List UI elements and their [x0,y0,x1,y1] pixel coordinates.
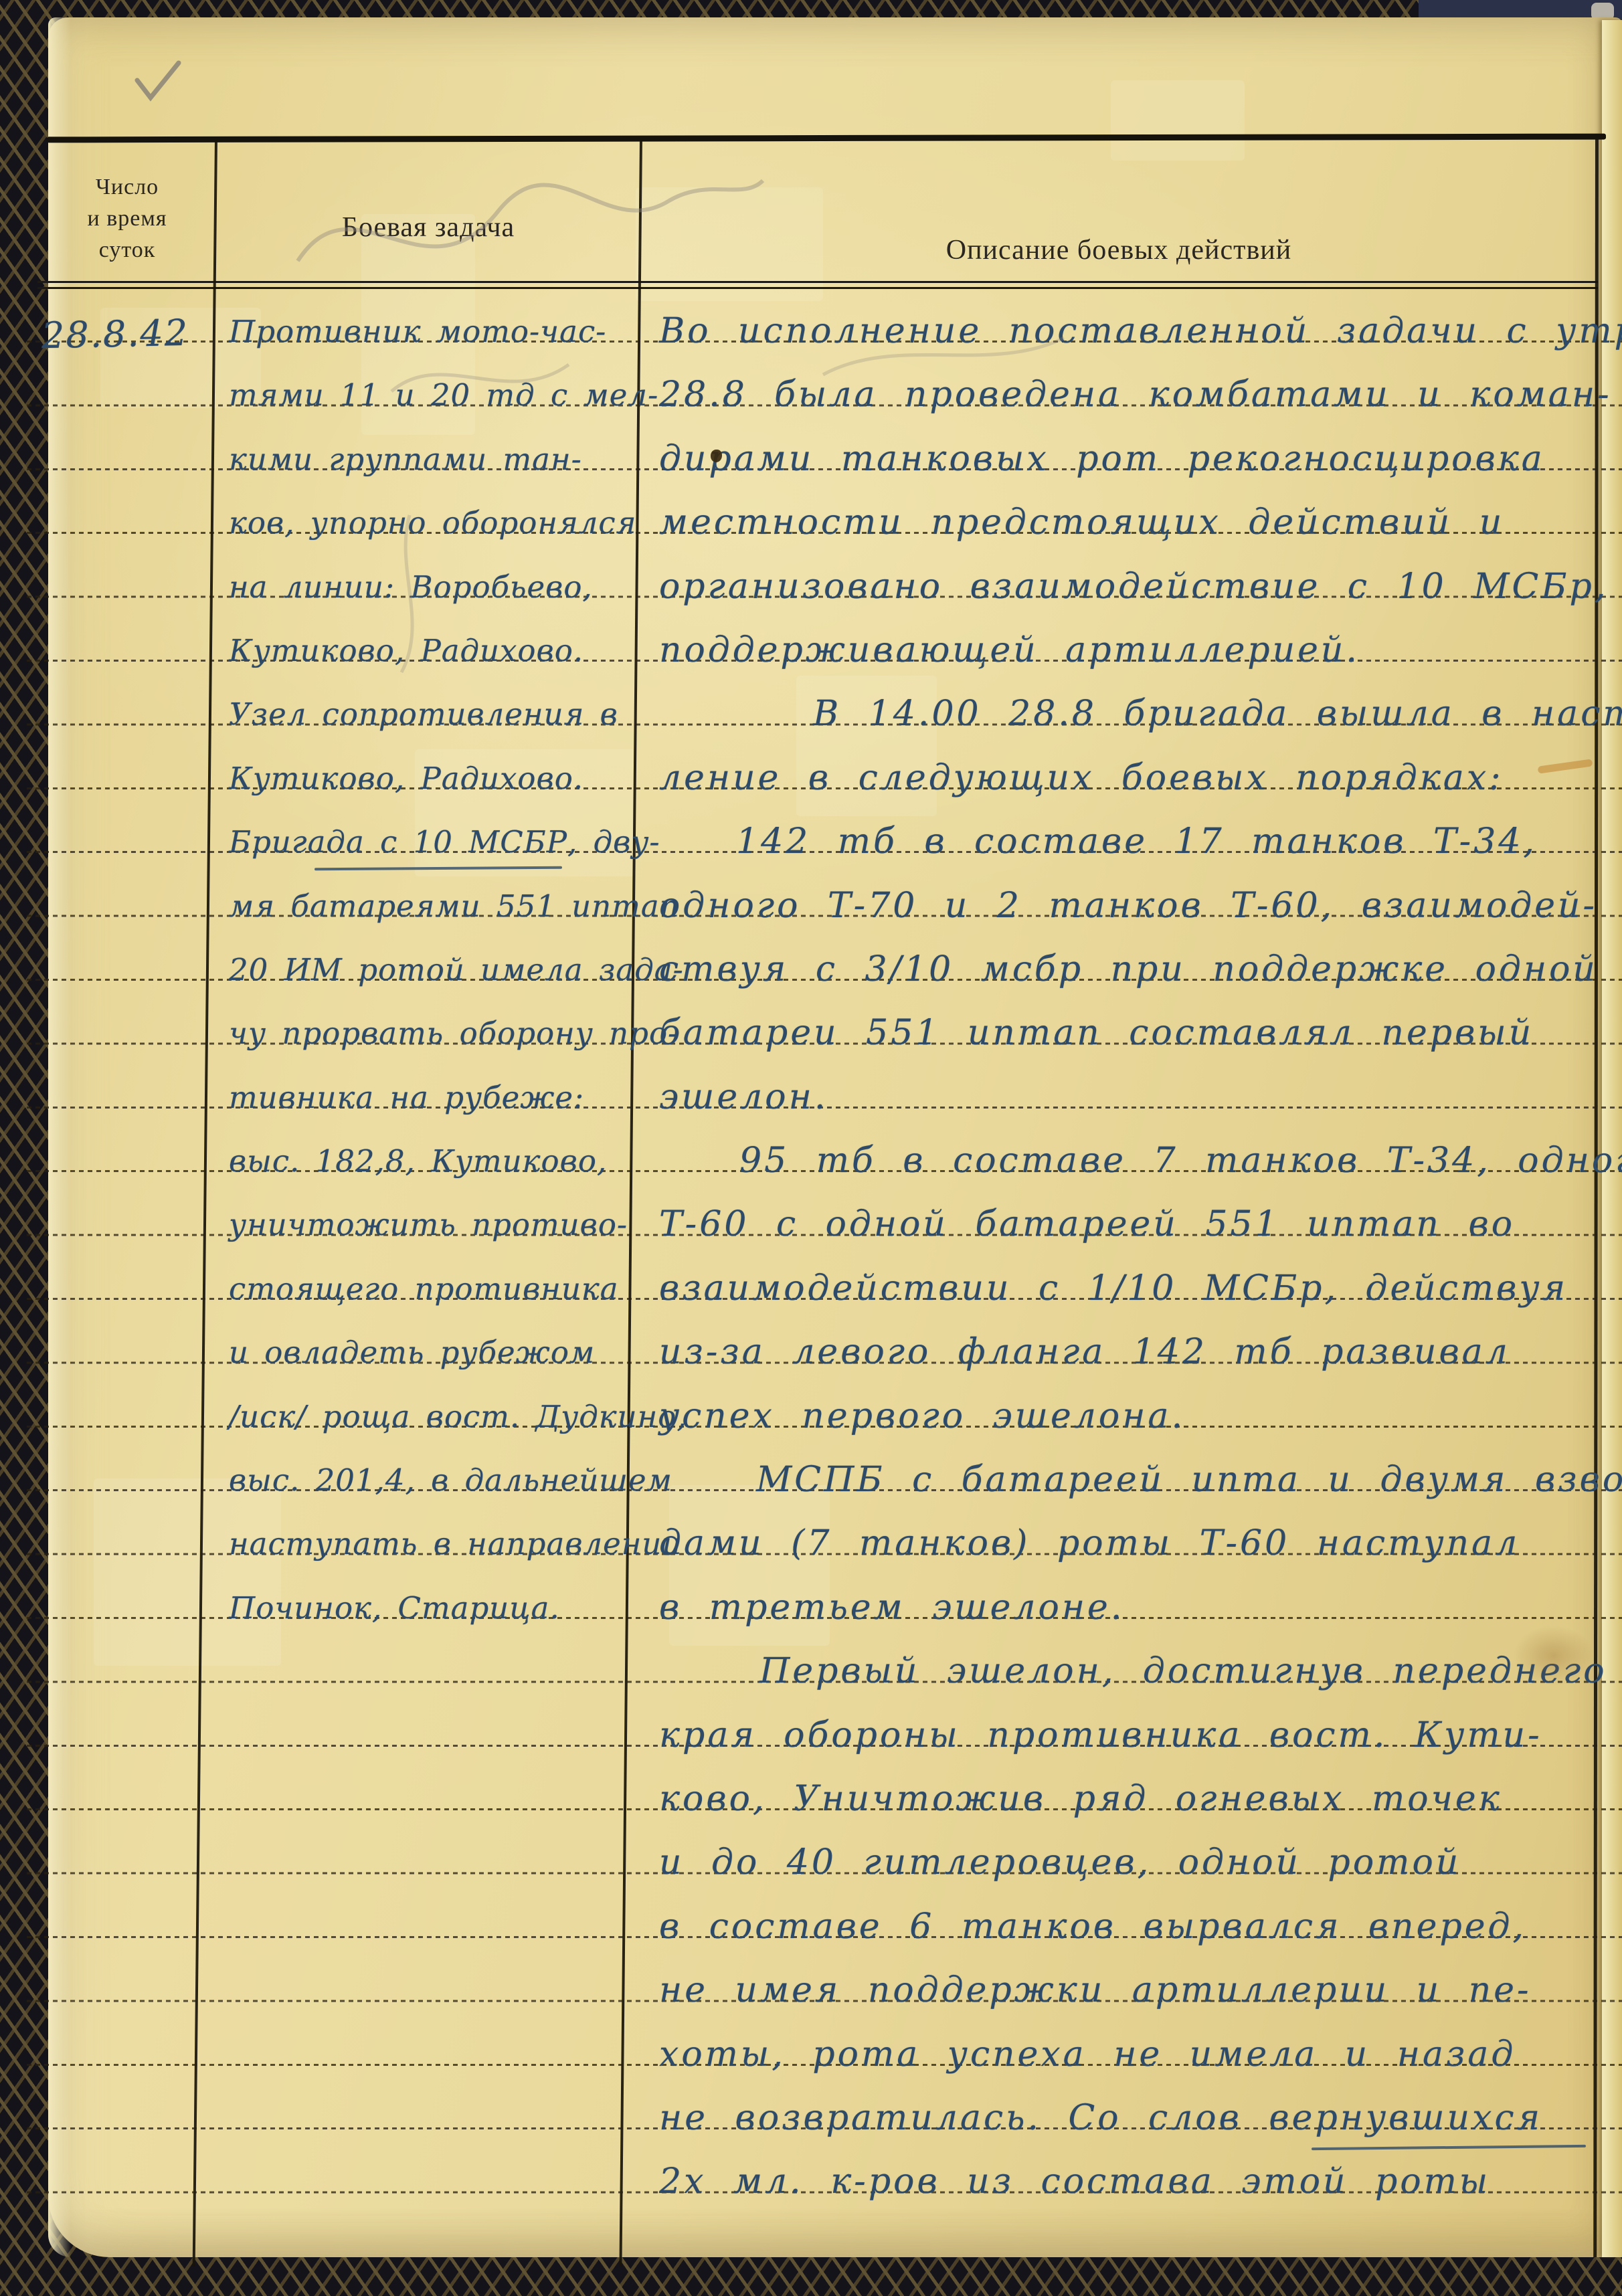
combat-task-line: Кутиково, Радихово. [229,747,641,810]
header-date-time-line: суток [40,234,214,266]
watermark-patch [1111,80,1245,161]
combat-task-line: кими группами тан- [229,427,641,491]
age-stain [1514,1626,1594,1686]
combat-task-line: Противник мото-час- [229,300,641,363]
combat-task-line: выс. 201,4, в дальнейшем [229,1448,641,1512]
combat-task-column: Противник мото-час- тями 11 и 20 тд с ме… [229,300,641,1640]
combat-task-line: тями 11 и 20 тд с мел- [229,363,641,427]
description-line: батареи 551 иптап составлял первый [659,1001,1596,1065]
description-line: поддерживающей артиллерией. [659,619,1596,682]
description-line: эшелон. [659,1066,1596,1129]
description-line: 142 тб в составе 17 танков Т-34, [659,810,1596,874]
description-line: из-за левого фланга 142 тб развивал [659,1321,1596,1384]
description-line: местности предстоящих действий и [659,491,1596,555]
header-bottom-rule-b [37,287,1598,289]
header-bottom-rule-a [37,281,1598,283]
combat-task-line: Кутиково, Радихово. [229,619,641,682]
header-description: Описание боевых действий [642,234,1595,266]
description-line: В 14.00 28.8 бригада вышла в наступ- [659,682,1596,746]
description-line: одного Т-70 и 2 танков Т-60, взаимодей- [659,874,1596,938]
combat-task-line: 20 ИМ ротой имела зада- [229,938,641,1001]
description-line: Во исполнение поставленной задачи с утра [659,300,1596,363]
combat-task-line: мя батареями 551 иптап [229,874,641,938]
description-line: успех первого эшелона. [659,1385,1596,1448]
description-line: ково, Уничтожив ряд огневых точек [659,1767,1596,1831]
description-line: дирами танковых рот рекогносцировка [659,427,1596,491]
header-date-time-line: Число [40,171,214,203]
journal-scan-page: Число и время суток Боевая задача Описан… [0,0,1622,2296]
combat-task-line: и овладеть рубежом [229,1321,641,1384]
combat-task-line: уничтожить противо- [229,1193,641,1256]
combat-task-line: наступать в направлении [229,1512,641,1575]
combat-task-line: выс. 182,8, Кутиково, [229,1129,641,1193]
entry-date: 28.8.42 [41,312,189,357]
description-line: края обороны противника вост. Кути- [659,1704,1596,1767]
combat-task-line: /иск/ роща вост. Дудкино, [229,1385,641,1448]
combat-task-line: чу прорвать оборону про- [229,1001,641,1065]
description-line: взаимодействии с 1/10 МСБр, действуя [659,1257,1596,1321]
description-line: не возвратилась. Со слов вернувшихся [659,2087,1596,2150]
description-line: в третьем эшелоне. [659,1576,1596,1640]
description-line: дами (7 танков) роты Т-60 наступал [659,1512,1596,1575]
description-line: 28.8 была проведена комбатами и коман- [659,363,1596,427]
description-line: организовано взаимодействие с 10 МСБр, [659,555,1596,619]
combat-task-line: стоящего противника [229,1257,641,1321]
description-line: МСПБ с батареей ипта и двумя взво- [659,1448,1596,1512]
description-line: Первый эшелон, достигнув переднего [659,1640,1596,1703]
description-column: Во исполнение поставленной задачи с утра… [659,300,1596,2214]
header-date-time: Число и время суток [40,171,214,266]
combat-task-line: тивника на рубеже: [229,1066,641,1129]
description-line: не имея поддержки артиллерии и пе- [659,1959,1596,2022]
description-line: и до 40 гитлеровцев, одной ротой [659,1831,1596,1895]
description-line: 95 тб в составе 7 танков Т-34, одного [659,1129,1596,1193]
description-line: 2х мл. к-ров из состава этой роты [659,2150,1596,2214]
description-line: Т-60 с одной батареей 551 иптап во [659,1193,1596,1256]
combat-task-line: ков, упорно оборонялся [229,491,641,555]
description-line: в составе 6 танков вырвался вперед, [659,1895,1596,1959]
combat-task-line: Бригада с 10 МСБР, дву- [229,810,641,874]
combat-task-line: Починок, Старица. [229,1576,641,1640]
description-line: ление в следующих боевых порядках: [659,747,1596,810]
header-combat-task: Боевая задача [217,211,639,244]
combat-task-line: на линии: Воробьево, [229,555,641,619]
description-line: хоты, рота успеха не имела и назад [659,2023,1596,2087]
description-line: ствуя с 3/10 мсбр при поддержке одной [659,938,1596,1001]
header-date-time-line: и время [40,203,214,234]
combat-task-line: Узел сопротивления в [229,682,641,746]
